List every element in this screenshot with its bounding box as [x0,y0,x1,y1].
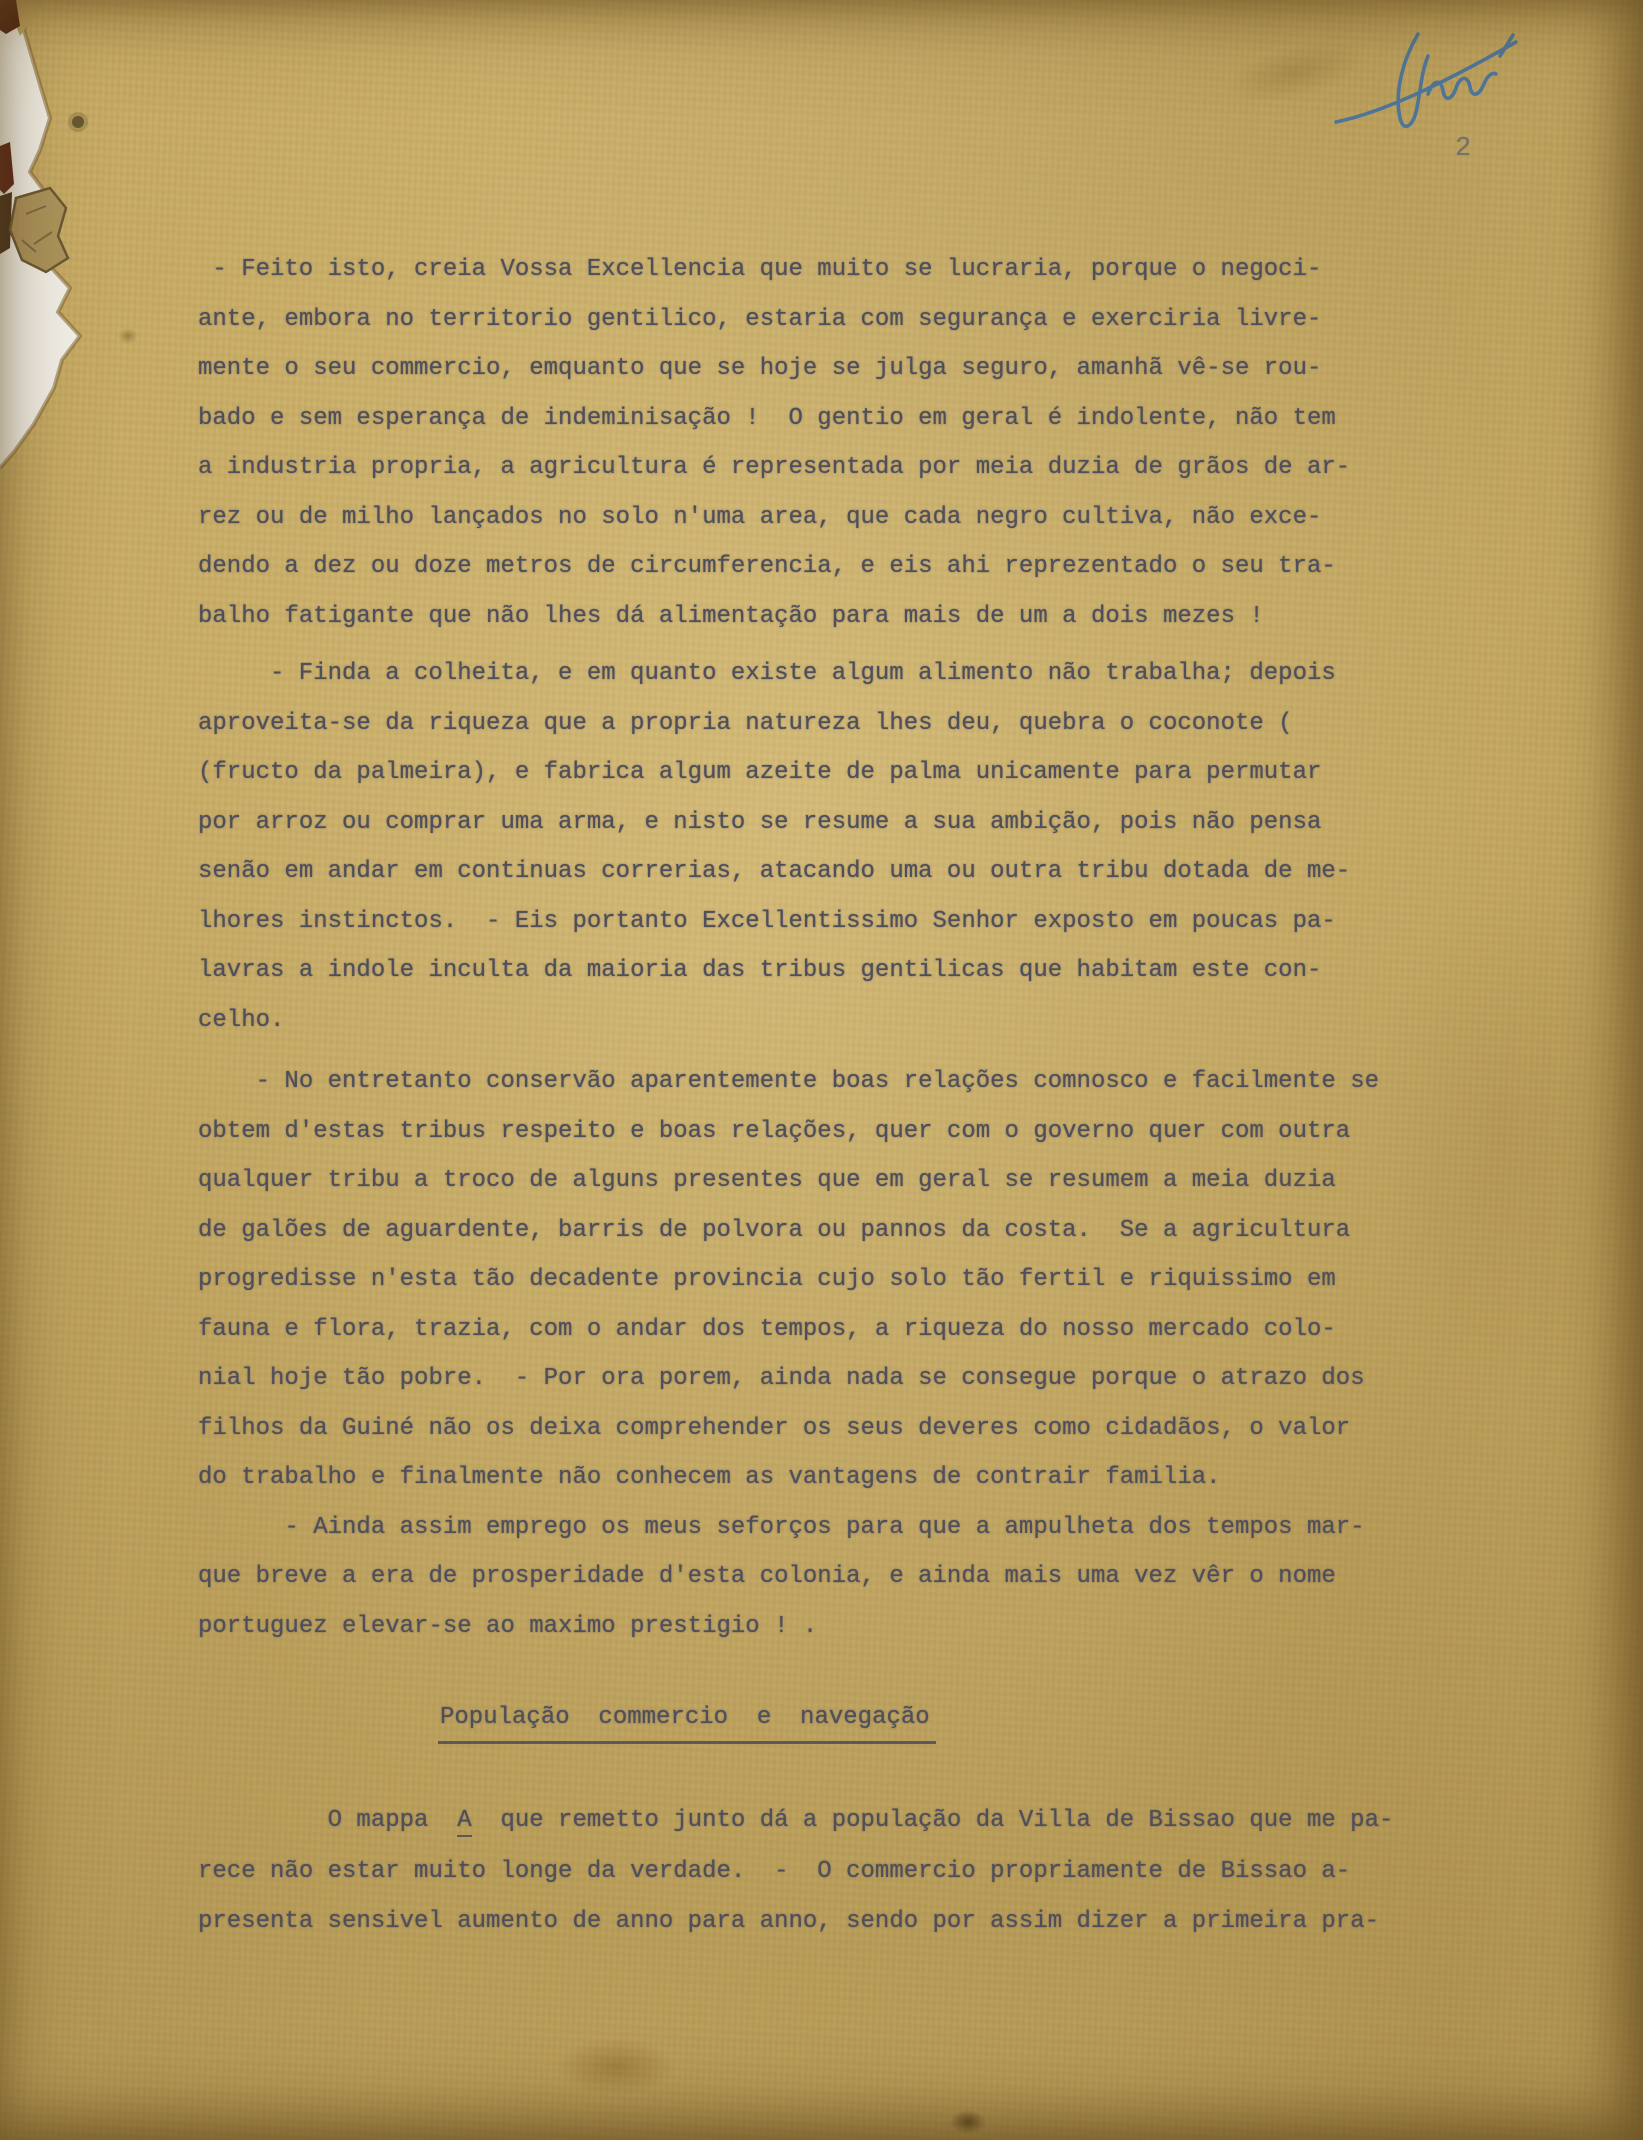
page-number: 2 [1455,134,1471,164]
text-line: que breve a era de prosperidade d'esta c… [198,1552,1488,1602]
typewritten-text-block: - Feito isto, creia Vossa Excellencia qu… [198,245,1488,1948]
text-line: - No entretanto conservão aparentemente … [198,1057,1488,1107]
text-line: rez ou de milho lançados no solo n'uma a… [198,493,1488,543]
text-line: nial hoje tão pobre. - Por ora porem, ai… [198,1354,1488,1404]
text-segment: que remetto junto dá a população da Vill… [472,1807,1394,1834]
text-line: aproveita-se da riqueza que a propria na… [198,699,1488,749]
paragraph-o-mappa: O mappa A que remetto junto dá a populaç… [198,1796,1488,1948]
text-segment: O mappa [328,1807,458,1834]
underlined-map-reference: A [457,1807,471,1837]
text-line: celho. [198,996,1488,1046]
text-line: presenta sensivel aumento de anno para a… [198,1897,1488,1948]
paragraph-feito-isto: - Feito isto, creia Vossa Excellencia qu… [198,245,1488,641]
text-line: a industria propria, a agricultura é rep… [198,443,1488,493]
text-line: (fructo da palmeira), e fabrica algum az… [198,748,1488,798]
text-line: ante, embora no territorio gentilico, es… [198,295,1488,345]
text-line: dendo a dez ou doze metros de circumfere… [198,542,1488,592]
scanned-document-page: 2 - Feito isto, creia Vossa Excellencia … [0,0,1643,2140]
text-line: mente o seu commercio, emquanto que se h… [198,344,1488,394]
paragraph-ainda-assim: - Ainda assim emprego os meus seforços p… [198,1503,1488,1652]
section-heading-populacao-commercio-navegacao: População commercio e navegação [438,1700,936,1744]
text-line: balho fatigante que não lhes dá alimenta… [198,592,1488,642]
text-line: O mappa A que remetto junto dá a populaç… [198,1796,1488,1847]
stain [556,2038,676,2096]
text-line: obtem d'estas tribus respeito e boas rel… [198,1107,1488,1157]
text-line: lavras a indole inculta da maioria das t… [198,946,1488,996]
paper-hole [72,116,84,128]
text-line: de galões de aguardente, barris de polvo… [198,1206,1488,1256]
text-line: progredisse n'esta tão decadente provinc… [198,1255,1488,1305]
text-line: por arroz ou comprar uma arma, e nisto s… [198,798,1488,848]
text-line: senão em andar em continuas correrias, a… [198,847,1488,897]
text-line: rece não estar muito longe da verdade. -… [198,1847,1488,1898]
text-line: - Ainda assim emprego os meus seforços p… [198,1503,1488,1553]
text-line: fauna e flora, trazia, com o andar dos t… [198,1305,1488,1355]
text-line: portuguez elevar-se ao maximo prestigio … [198,1602,1488,1652]
text-line: - Finda a colheita, e em quanto existe a… [198,649,1488,699]
text-line: lhores instinctos. - Eis portanto Excell… [198,897,1488,947]
text-line: bado e sem esperança de indeminisação ! … [198,394,1488,444]
paragraph-no-entretanto: - No entretanto conservão aparentemente … [198,1057,1488,1503]
text-line: do trabalho e finalmente não conhecem as… [198,1453,1488,1503]
text-line: - Feito isto, creia Vossa Excellencia qu… [198,245,1488,295]
paragraph-finda-a-colheita: - Finda a colheita, e em quanto existe a… [198,649,1488,1045]
torn-corner-damage [0,0,200,480]
text-line: filhos da Guiné não os deixa comprehende… [198,1404,1488,1454]
handwritten-signature [1330,22,1530,146]
text-line: qualquer tribu a troco de alguns present… [198,1156,1488,1206]
stain [950,2110,986,2134]
